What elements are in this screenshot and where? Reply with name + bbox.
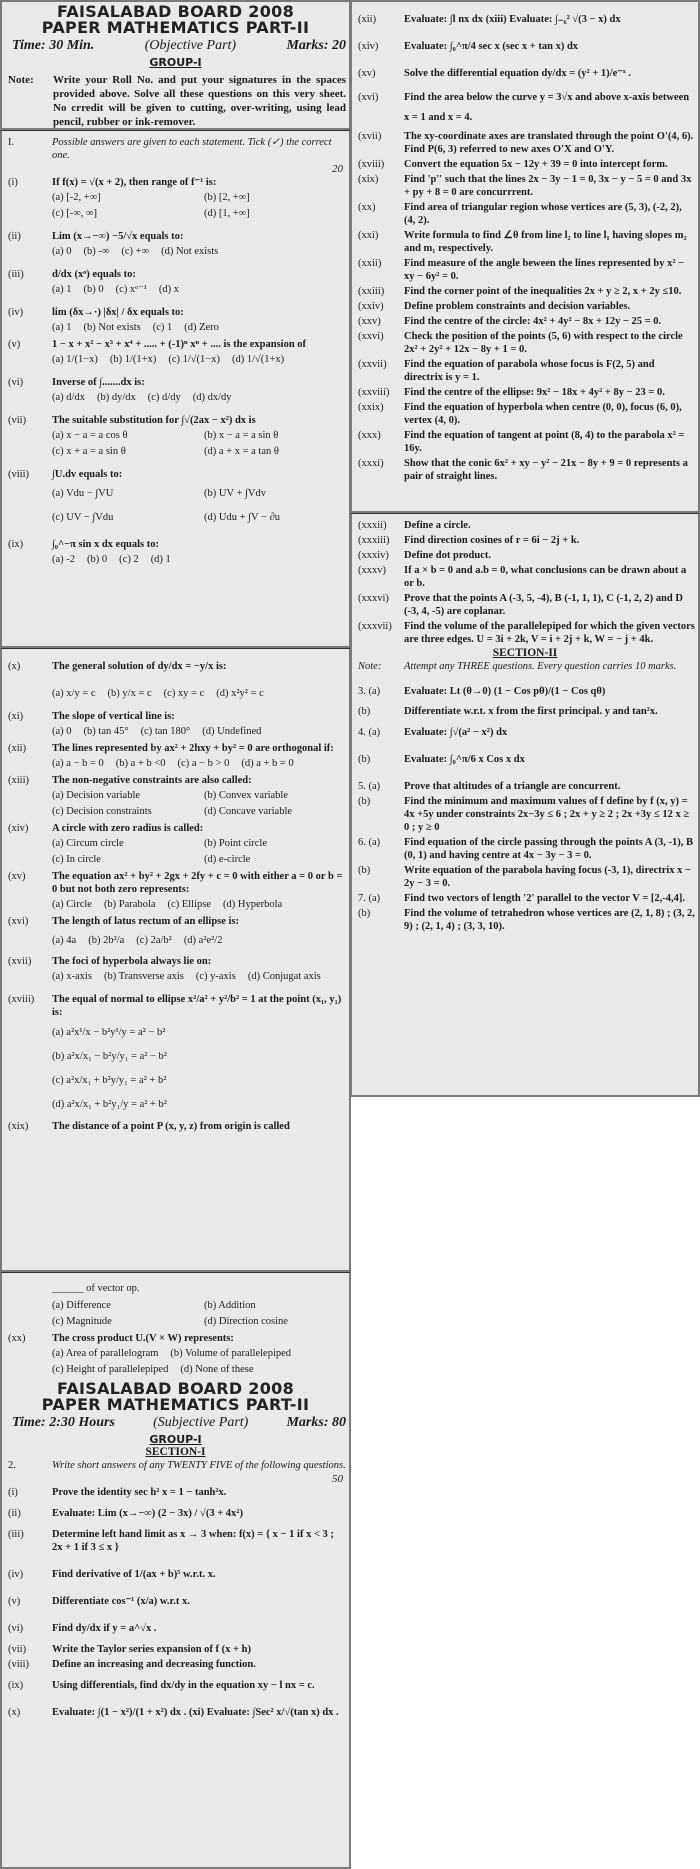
- options[interactable]: (a) a²x¹/x − b²y¹/y = a² − b²(b) a²x/x₁ …: [2, 1020, 349, 1119]
- short-question: (xxxi)Show that the conic 6x² + xy − y² …: [352, 456, 698, 484]
- long-question: 3. (a)Evaluate: Lt (θ→0) (1 − Cos pθ)/(1…: [352, 680, 698, 704]
- options[interactable]: (a) 4a(b) 2b²/a(c) 2a/b²(d) a²e²/2: [2, 929, 349, 954]
- question-item: (x)The general solution of dy/dx = −y/x …: [2, 659, 349, 674]
- long-question: (b)Find the minimum and maximum values o…: [352, 794, 698, 835]
- question-item: (viii)∫U.dv equals to:: [2, 467, 349, 482]
- options[interactable]: (a) -2(b) 0(c) 2(d) 1: [2, 552, 349, 569]
- short-question: (xxv)Find the centre of the circle: 4x² …: [352, 314, 698, 329]
- question-item: (xvi)The length of latus rectum of an el…: [2, 914, 349, 929]
- note: Note: Write your Roll No. and put your s…: [2, 69, 349, 131]
- long-question: 5. (a)Prove that altitudes of a triangle…: [352, 779, 698, 794]
- question-item: (vi)Inverse of ∫.......dx is:: [2, 375, 349, 390]
- short-question: (v)Differentiate cos⁻¹ (x/a) w.r.t x.: [2, 1594, 349, 1609]
- short-question: (xxxii)Define a circle.: [352, 518, 698, 533]
- options[interactable]: (a) [-2, +∞](b) [2, +∞](c) [-∞, ∞](d) [1…: [2, 190, 349, 223]
- question-item: (i)If f(x) = √(x + 2), then range of f⁻¹…: [2, 175, 349, 190]
- paper-title: PAPER MATHEMATICS PART-II: [2, 20, 349, 36]
- objective-subjective-box: ______ of vector op. (a) Difference(b) A…: [0, 1272, 351, 1869]
- short-question: (vi)Find dy/dx if y = a^√x .: [2, 1621, 349, 1636]
- short-question: (xxxiv)Define dot product.: [352, 548, 698, 563]
- left-column: FAISALABAD BOARD 2008 PAPER MATHEMATICS …: [0, 0, 351, 1869]
- short-question: (i)Prove the identity sec h² x = 1 − tan…: [2, 1485, 349, 1500]
- short-question: (ix)Using differentials, find dx/dy in t…: [2, 1678, 349, 1693]
- short-question: (xvi)Find the area below the curve y = 3…: [352, 87, 698, 129]
- options[interactable]: (a) Difference(b) Addition(c) Magnitude(…: [2, 1298, 349, 1331]
- short-question: (xxviii)Find the centre of the ellipse: …: [352, 385, 698, 400]
- subjective-time-marks-row: Time: 2:30 Hours (Subjective Part) Marks…: [2, 1413, 349, 1431]
- question-item: (iii)d/dx (xᵒ) equals to:: [2, 267, 349, 282]
- options[interactable]: (a) a − b = 0(b) a + b <0(c) a − b > 0(d…: [2, 756, 349, 773]
- options[interactable]: (a) x − a = a cos θ(b) x − a = a sin θ(c…: [2, 428, 349, 461]
- options[interactable]: (a) Decision variable(b) Convex variable…: [2, 788, 349, 821]
- options[interactable]: (a) Circle(b) Parabola(c) Ellipse(d) Hyp…: [2, 897, 349, 914]
- question-item: (xviii)The equal of normal to ellipse x²…: [2, 992, 349, 1020]
- short-question: (xxix)Find the equation of hyperbola whe…: [352, 400, 698, 428]
- short-question: (ii)Evaluate: Lim (x→−∞) (2 − 3x) / √(3 …: [2, 1506, 349, 1521]
- short-question: (xxi)Write formula to find ∠θ from line …: [352, 228, 698, 256]
- options[interactable]: (a) d/dx(b) dy/dx(c) d/dy(d) dx/dy: [2, 390, 349, 407]
- short-question: (xxiv)Define problem constraints and dec…: [352, 299, 698, 314]
- short-question: (vii)Write the Taylor series expansion o…: [2, 1642, 349, 1657]
- short-question: (xxvii)Find the equation of parabola who…: [352, 357, 698, 385]
- short-question: (xviii)Convert the equation 5x − 12y + 3…: [352, 157, 698, 172]
- question-item: (xiii)The non-negative constraints are a…: [2, 773, 349, 788]
- subjective-paper-title: PAPER MATHEMATICS PART-II: [2, 1397, 349, 1413]
- long-question: 6. (a)Find equation of the circle passin…: [352, 835, 698, 863]
- short-question: (iv)Find derivative of 1/(ax + b)⁵ w.r.t…: [2, 1567, 349, 1582]
- time-marks-row: Time: 30 Min. (Objective Part) Marks: 20: [2, 36, 349, 54]
- long-question: (b)Evaluate: ∫₀^π/6 x Cos x dx: [352, 752, 698, 767]
- instruction: I. Possible answers are given to each st…: [2, 135, 349, 163]
- instruction-marks: 20: [2, 163, 349, 175]
- short-question: (xv)Solve the differential equation dy/d…: [352, 66, 698, 81]
- options[interactable]: (a) x/y = c(b) y/x = c(c) xy = c(d) x²y²…: [2, 686, 349, 703]
- options[interactable]: (a) 0(b) tan 45°(c) tan 180°(d) Undefine…: [2, 724, 349, 741]
- question-item: (xii)The lines represented by ax² + 2hxy…: [2, 741, 349, 756]
- right-column: (xii)Evaluate: ∫l nx dx (xiii) Evaluate:…: [350, 0, 700, 1097]
- question-item: (xi)The slope of vertical line is:: [2, 709, 349, 724]
- options[interactable]: (a) 0(b) -∞(c) +∞(d) Not exists: [2, 244, 349, 261]
- short-question: (xix)Find 'p'' such that the lines 2x − …: [352, 172, 698, 200]
- long-question: (b)Find the volume of tetrahedron whose …: [352, 906, 698, 934]
- long-question: (b)Write equation of the parabola having…: [352, 863, 698, 891]
- options[interactable]: (a) Area of parallelogram(b) Volume of p…: [2, 1346, 349, 1379]
- objective-questions-1: I. Possible answers are given to each st…: [0, 130, 351, 648]
- question-item: (iv)lim (δx→·) |δx| / δx equals to:: [2, 305, 349, 320]
- question-continuation: ______ of vector op.: [2, 1281, 349, 1298]
- short-question: (xxx)Find the equation of tangent at poi…: [352, 428, 698, 456]
- long-question: 4. (a)Evaluate: ∫√(a² − x²) dx: [352, 725, 698, 740]
- subjective-group: GROUP-I: [2, 1433, 349, 1446]
- long-question: 7. (a)Find two vectors of length '2' par…: [352, 891, 698, 906]
- short-question: (xxii)Find measure of the angle beween t…: [352, 256, 698, 284]
- objective-questions-2: (x)The general solution of dy/dx = −y/x …: [0, 648, 351, 1272]
- short-question: (iii)Determine left hand limit as x → 3 …: [2, 1527, 349, 1555]
- options[interactable]: (a) Vdu − ∫VU(b) UV + ∫Vdv(c) UV − ∫Vdu(…: [2, 482, 349, 531]
- question-item: (ii)Lim (x→−∞) −5/√x equals to:: [2, 229, 349, 244]
- question-item: (vii)The suitable substitution for ∫√(2a…: [2, 413, 349, 428]
- short-question: (xxxvii)Find the volume of the parallele…: [352, 619, 698, 647]
- options[interactable]: (a) 1(b) 0(c) xᵒ⁻¹(d) x: [2, 282, 349, 299]
- group-label: GROUP-I: [2, 56, 349, 69]
- question-item: (xv)The equation ax² + by² + 2gx + 2fy +…: [2, 869, 349, 897]
- question-item: (xiv)A circle with zero radius is called…: [2, 821, 349, 836]
- short-question: (xxvi)Check the position of the points (…: [352, 329, 698, 357]
- note-text: Write your Roll No. and put your signatu…: [53, 73, 346, 129]
- short-question: (viii)Define an increasing and decreasin…: [2, 1657, 349, 1672]
- q2-marks: 50: [2, 1473, 349, 1485]
- short-questions-right-a: (xii)Evaluate: ∫l nx dx (xiii) Evaluate:…: [350, 0, 700, 513]
- short-question: (xxxvi)Prove that the points A (-3, 5, -…: [352, 591, 698, 619]
- short-question: (xvii)The xy-coordinate axes are transla…: [352, 129, 698, 157]
- short-question: (xxxv)If a × b = 0 and a.b = 0, what con…: [352, 563, 698, 591]
- section-1-title: SECTION-I: [2, 1446, 349, 1458]
- question-item: (ix)∫₀^−π sin x dx equals to:: [2, 537, 349, 552]
- section-2-title: SECTION-II: [352, 647, 698, 659]
- part-label: (Objective Part): [145, 38, 236, 54]
- short-question: (xii)Evaluate: ∫l nx dx (xiii) Evaluate:…: [352, 12, 698, 27]
- q2-instruction: 2.Write short answers of any TWENTY FIVE…: [2, 1458, 349, 1473]
- short-questions-right-b: (xxxii)Define a circle. (xxxiii)Find dir…: [350, 513, 700, 1097]
- short-question: (xiv)Evaluate: ∫₀^π/4 sec x (sec x + tan…: [352, 39, 698, 54]
- options[interactable]: (a) 1(b) Not exists(c) 1(d) Zero: [2, 320, 349, 337]
- section-2-note: Note:Attempt any THREE questions. Every …: [352, 659, 698, 674]
- short-question: (x)Evaluate: ∫(1 − x²)/(1 + x²) dx . (xi…: [2, 1705, 349, 1720]
- time: Time: 30 Min.: [12, 38, 94, 54]
- question-item: (v)1 − x + x² − x³ + x⁴ + ..... + (-1)ⁿ …: [2, 337, 349, 352]
- short-question: (xxxiii)Find direction cosines of r = 6i…: [352, 533, 698, 548]
- long-question: (b)Differentiate w.r.t. x from the first…: [352, 704, 698, 719]
- options[interactable]: (a) 1/(1−x)(b) 1/(1+x)(c) 1/√(1−x)(d) 1/…: [2, 352, 349, 369]
- options[interactable]: (a) Circum circle(b) Point circle(c) In …: [2, 836, 349, 869]
- short-question: (xx)Find area of triangular region whose…: [352, 200, 698, 228]
- question-item: (xvii)The foci of hyperbola always lie o…: [2, 954, 349, 969]
- question-item: (xx)The cross product U.(V × W) represen…: [2, 1331, 349, 1346]
- options[interactable]: (a) x-axis(b) Transverse axis(c) y-axis(…: [2, 969, 349, 986]
- objective-header: FAISALABAD BOARD 2008 PAPER MATHEMATICS …: [0, 0, 351, 130]
- question-item: (xix)The distance of a point P (x, y, z)…: [2, 1119, 349, 1134]
- short-question: (xxiii)Find the corner point of the ineq…: [352, 284, 698, 299]
- marks: Marks: 20: [286, 38, 346, 54]
- note-label: Note:: [8, 73, 53, 129]
